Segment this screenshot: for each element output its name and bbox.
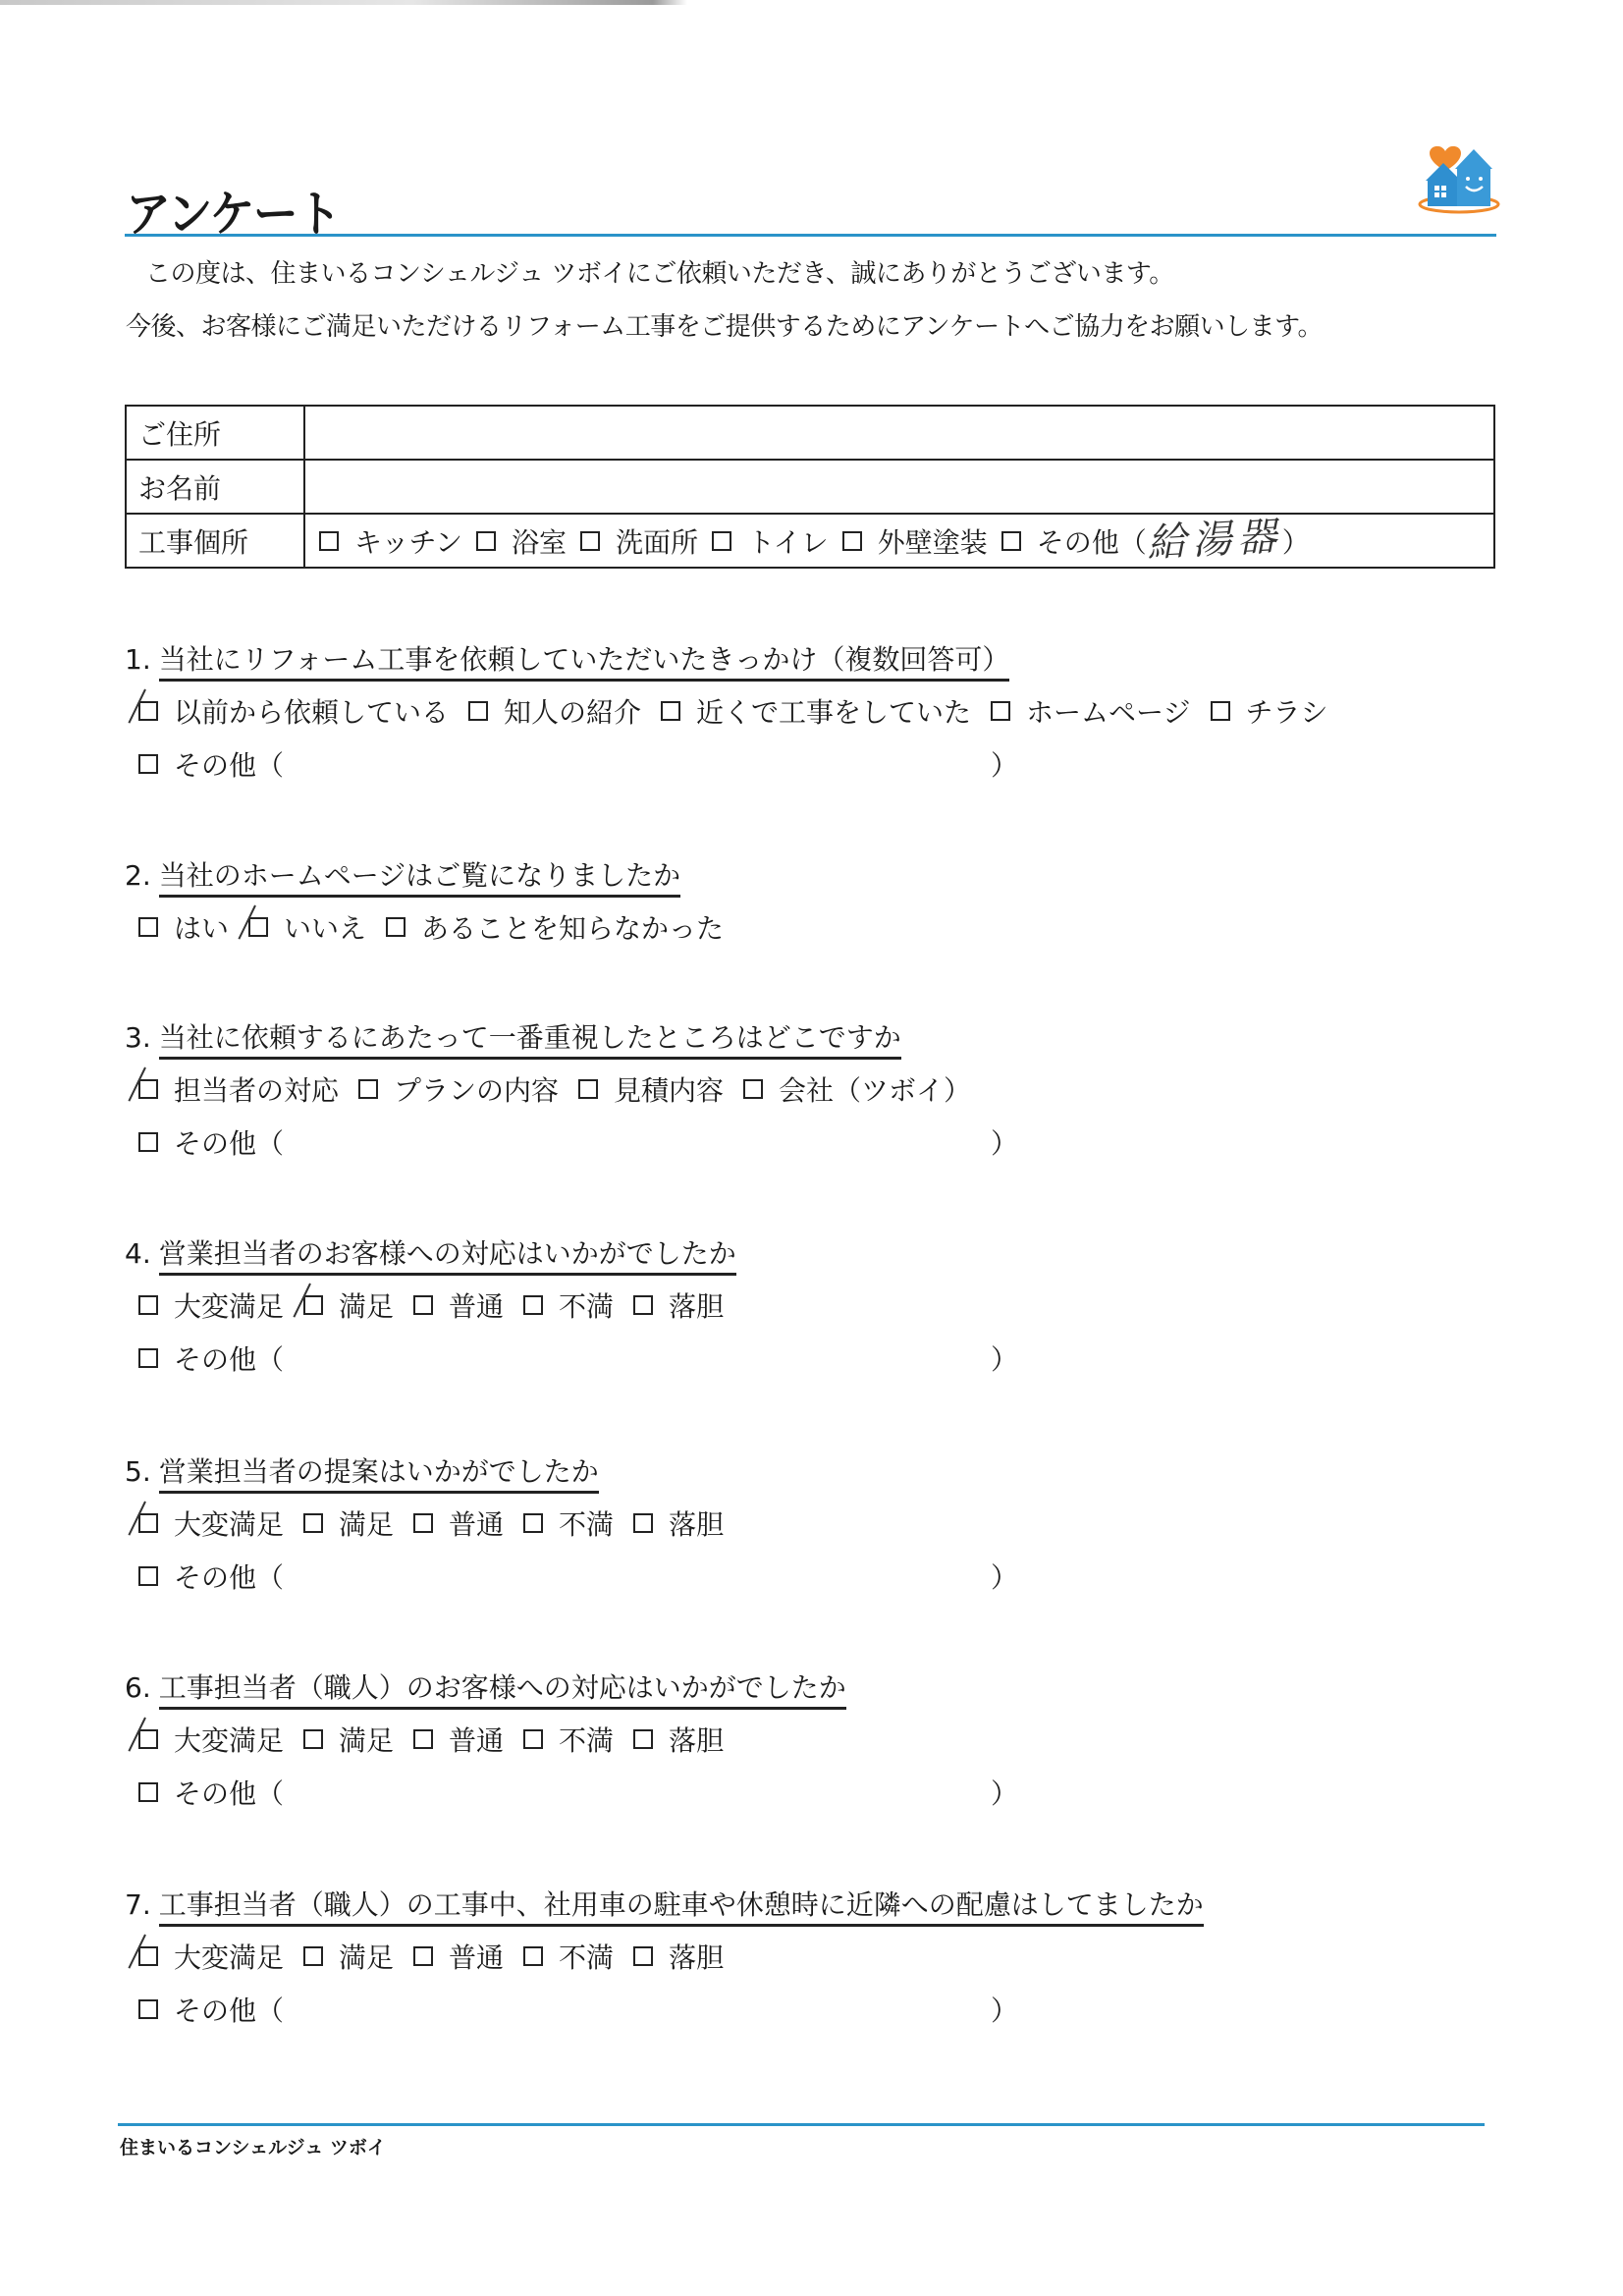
checkbox-q4-other[interactable] [138,1348,158,1368]
checkbox-q3-other[interactable] [138,1132,158,1152]
options-row: はい いいえ あることを知らなかった [138,907,743,947]
question-6: 6.工事担当者（職人）のお客様への対応はいかがでしたか 大変満足 満足 普通 不… [125,1667,846,1710]
checkbox-q4-opt4[interactable] [523,1295,543,1315]
question-number: 4. [125,1237,151,1270]
other-close: ） [991,1990,1018,2029]
checkbox-q1-opt2[interactable] [468,701,488,721]
options-row: 担当者の対応 プランの内容 見積内容 会社（ツボイ） [138,1069,991,1109]
other-label: その他（ [174,1557,284,1596]
question-text: 当社に依頼するにあたって一番重視したところはどこですか [159,1016,901,1060]
question-text: 営業担当者の提案はいかがでしたか [159,1450,599,1494]
checkbox-q6-opt2[interactable] [303,1729,323,1749]
option-kitchen: キッチン [354,521,462,561]
checkbox-q4-opt3[interactable] [413,1295,433,1315]
other-label: その他（ [174,1773,284,1812]
checkbox-q3-opt3[interactable] [578,1079,598,1099]
option-label: ホームページ [1026,691,1190,731]
name-field[interactable] [304,460,1494,514]
options-row: 大変満足 満足 普通 不満 落胆 [138,1720,743,1759]
options-row: 大変満足 満足 普通 不満 落胆 [138,1285,743,1325]
other-close: ） [991,1339,1018,1378]
checkbox-q6-opt3[interactable] [413,1729,433,1749]
footer-divider [118,2123,1485,2126]
checkbox-q7-other[interactable] [138,1999,158,2019]
question-number: 3. [125,1021,151,1054]
checkbox-other[interactable] [1001,531,1021,551]
checkbox-q1-opt3[interactable] [661,701,680,721]
question-number: 5. [125,1455,151,1488]
option-label: 普通 [449,1503,504,1543]
option-label: 不満 [559,1720,614,1759]
checkbox-kitchen[interactable] [319,531,339,551]
other-row: その他（ ） [138,744,1018,784]
work-location-row: 工事個所 キッチン 浴室 洗面所 トイレ 外壁塗装 その他（ 給湯器 ） [126,514,1494,568]
checkbox-q5-opt3[interactable] [413,1513,433,1533]
footer-company-name: 住まいるコンシェルジュ ツボイ [120,2133,386,2159]
options-row: 以前から依頼している 知人の紹介 近くで工事をしていた ホームページ チラシ [138,691,1348,731]
address-label: ご住所 [126,406,304,460]
other-label: その他（ [174,744,284,784]
option-toilet: トイレ [747,521,829,561]
checkbox-q6-other[interactable] [138,1782,158,1802]
intro-text-line1: この度は、住まいるコンシェルジュ ツボイにご依頼いただき、誠にありがとうございま… [145,253,1174,290]
checkbox-q5-other[interactable] [138,1566,158,1586]
other-close: ） [991,1773,1018,1812]
option-label: 普通 [449,1285,504,1325]
option-label: 満足 [339,1503,394,1543]
work-location-options: キッチン 浴室 洗面所 トイレ 外壁塗装 その他（ 給湯器 ） [304,514,1494,568]
option-bathroom: 浴室 [512,521,567,561]
option-label: 大変満足 [174,1937,284,1976]
question-text: 工事担当者（職人）の工事中、社用車の駐車や休憩時に近隣への配慮はしてましたか [159,1884,1204,1927]
other-close: ） [991,1557,1018,1596]
checkbox-q5-opt4[interactable] [523,1513,543,1533]
question-number: 6. [125,1671,151,1704]
option-label: 落胆 [669,1285,724,1325]
name-label: お名前 [126,460,304,514]
option-label: 大変満足 [174,1503,284,1543]
other-close: ） [991,1122,1018,1162]
checkbox-q2-opt3[interactable] [386,917,406,937]
option-label: 落胆 [669,1503,724,1543]
options-row: 大変満足 満足 普通 不満 落胆 [138,1937,743,1976]
checkbox-q2-opt2[interactable] [248,917,268,937]
other-label: その他（ [174,1990,284,2029]
checkbox-q6-opt4[interactable] [523,1729,543,1749]
option-label: 落胆 [669,1937,724,1976]
address-row: ご住所 [126,406,1494,460]
checkbox-q1-other[interactable] [138,754,158,774]
checkbox-q7-opt5[interactable] [633,1946,653,1966]
intro-text-line2: 今後、お客様にご満足いただけるリフォーム工事をご提供するためにアンケートへご協力… [126,306,1323,343]
option-label: 不満 [559,1285,614,1325]
option-label: 満足 [339,1937,394,1976]
checkbox-q3-opt2[interactable] [358,1079,378,1099]
option-label: 大変満足 [174,1720,284,1759]
checkbox-q5-opt5[interactable] [633,1513,653,1533]
option-label: 知人の紹介 [504,691,641,731]
question-text: 営業担当者のお客様への対応はいかがでしたか [159,1232,736,1276]
other-row: その他（ ） [138,1557,1018,1596]
checkbox-q4-opt5[interactable] [633,1295,653,1315]
option-label: あることを知らなかった [421,907,724,947]
option-exterior-paint: 外壁塗装 [878,521,988,561]
question-text: 当社にリフォーム工事を依頼していただいたきっかけ（複数回答可） [159,638,1010,682]
company-logo-icon [1416,143,1502,214]
option-other: その他（ [1037,521,1147,561]
checkbox-q6-opt1[interactable] [138,1729,158,1749]
option-label: 近くで工事をしていた [696,691,971,731]
question-number: 2. [125,859,151,892]
customer-info-table: ご住所 お名前 工事個所 キッチン 浴室 洗面所 トイレ 外壁塗装 その他（ 給… [125,405,1495,569]
option-label: 会社（ツボイ） [779,1069,971,1109]
other-row: その他（ ） [138,1122,1018,1162]
checkbox-washroom[interactable] [580,531,600,551]
question-1: 1.当社にリフォーム工事を依頼していただいたきっかけ（複数回答可） 以前から依頼… [125,638,1009,682]
option-label: いいえ [284,907,366,947]
header-divider [125,234,1496,237]
option-label: 不満 [559,1937,614,1976]
option-label: 普通 [449,1720,504,1759]
option-other-close: ） [1282,521,1310,561]
checkbox-bathroom[interactable] [476,531,496,551]
checkbox-q5-opt2[interactable] [303,1513,323,1533]
question-text: 工事担当者（職人）のお客様への対応はいかがでしたか [159,1667,846,1710]
work-location-label: 工事個所 [126,514,304,568]
option-label: はい [174,907,229,947]
question-3: 3.当社に依頼するにあたって一番重視したところはどこですか 担当者の対応 プラン… [125,1016,901,1060]
question-text: 当社のホームページはご覧になりましたか [159,854,680,898]
checkbox-q7-opt3[interactable] [413,1946,433,1966]
question-2: 2.当社のホームページはご覧になりましたか はい いいえ あることを知らなかった [125,854,680,898]
question-4: 4.営業担当者のお客様への対応はいかがでしたか 大変満足 満足 普通 不満 落胆… [125,1232,736,1276]
checkbox-q7-opt4[interactable] [523,1946,543,1966]
option-label: 見積内容 [614,1069,724,1109]
options-row: 大変満足 満足 普通 不満 落胆 [138,1503,743,1543]
question-5: 5.営業担当者の提案はいかがでしたか 大変満足 満足 普通 不満 落胆 その他（… [125,1450,599,1494]
option-washroom: 洗面所 [616,521,698,561]
checkbox-q5-opt1[interactable] [138,1513,158,1533]
option-label: 以前から依頼している [174,691,449,731]
option-label: 不満 [559,1503,614,1543]
other-row: その他（ ） [138,1990,1018,2029]
name-row: お名前 [126,460,1494,514]
checkbox-q1-opt1[interactable] [138,701,158,721]
checkbox-q2-opt1[interactable] [138,917,158,937]
checkbox-toilet[interactable] [712,531,731,551]
question-number: 7. [125,1888,151,1921]
checkbox-q4-opt1[interactable] [138,1295,158,1315]
address-field[interactable] [304,406,1494,460]
option-label: 担当者の対応 [174,1069,339,1109]
checkbox-q3-opt4[interactable] [743,1079,763,1099]
question-number: 1. [125,643,151,676]
other-close: ） [991,744,1018,784]
option-label: チラシ [1246,691,1328,731]
checkbox-q6-opt5[interactable] [633,1729,653,1749]
checkbox-q3-opt1[interactable] [138,1079,158,1099]
other-label: その他（ [174,1122,284,1162]
option-label: プランの内容 [394,1069,559,1109]
question-7: 7.工事担当者（職人）の工事中、社用車の駐車や休憩時に近隣への配慮はしてましたか… [125,1884,1204,1927]
checkbox-q7-opt2[interactable] [303,1946,323,1966]
checkbox-q7-opt1[interactable] [138,1946,158,1966]
other-label: その他（ [174,1339,284,1378]
other-row: その他（ ） [138,1339,1018,1378]
checkbox-exterior-paint[interactable] [842,531,862,551]
option-label: 満足 [339,1285,394,1325]
checkbox-q1-opt4[interactable] [991,701,1010,721]
checkbox-q1-opt5[interactable] [1211,701,1230,721]
option-label: 落胆 [669,1720,724,1759]
scan-edge-shadow [0,0,687,5]
option-label: 普通 [449,1937,504,1976]
other-row: その他（ ） [138,1773,1018,1812]
checkbox-q4-opt2[interactable] [303,1295,323,1315]
other-handwritten-value[interactable]: 給湯器 [1145,505,1283,568]
option-label: 大変満足 [174,1285,284,1325]
option-label: 満足 [339,1720,394,1759]
